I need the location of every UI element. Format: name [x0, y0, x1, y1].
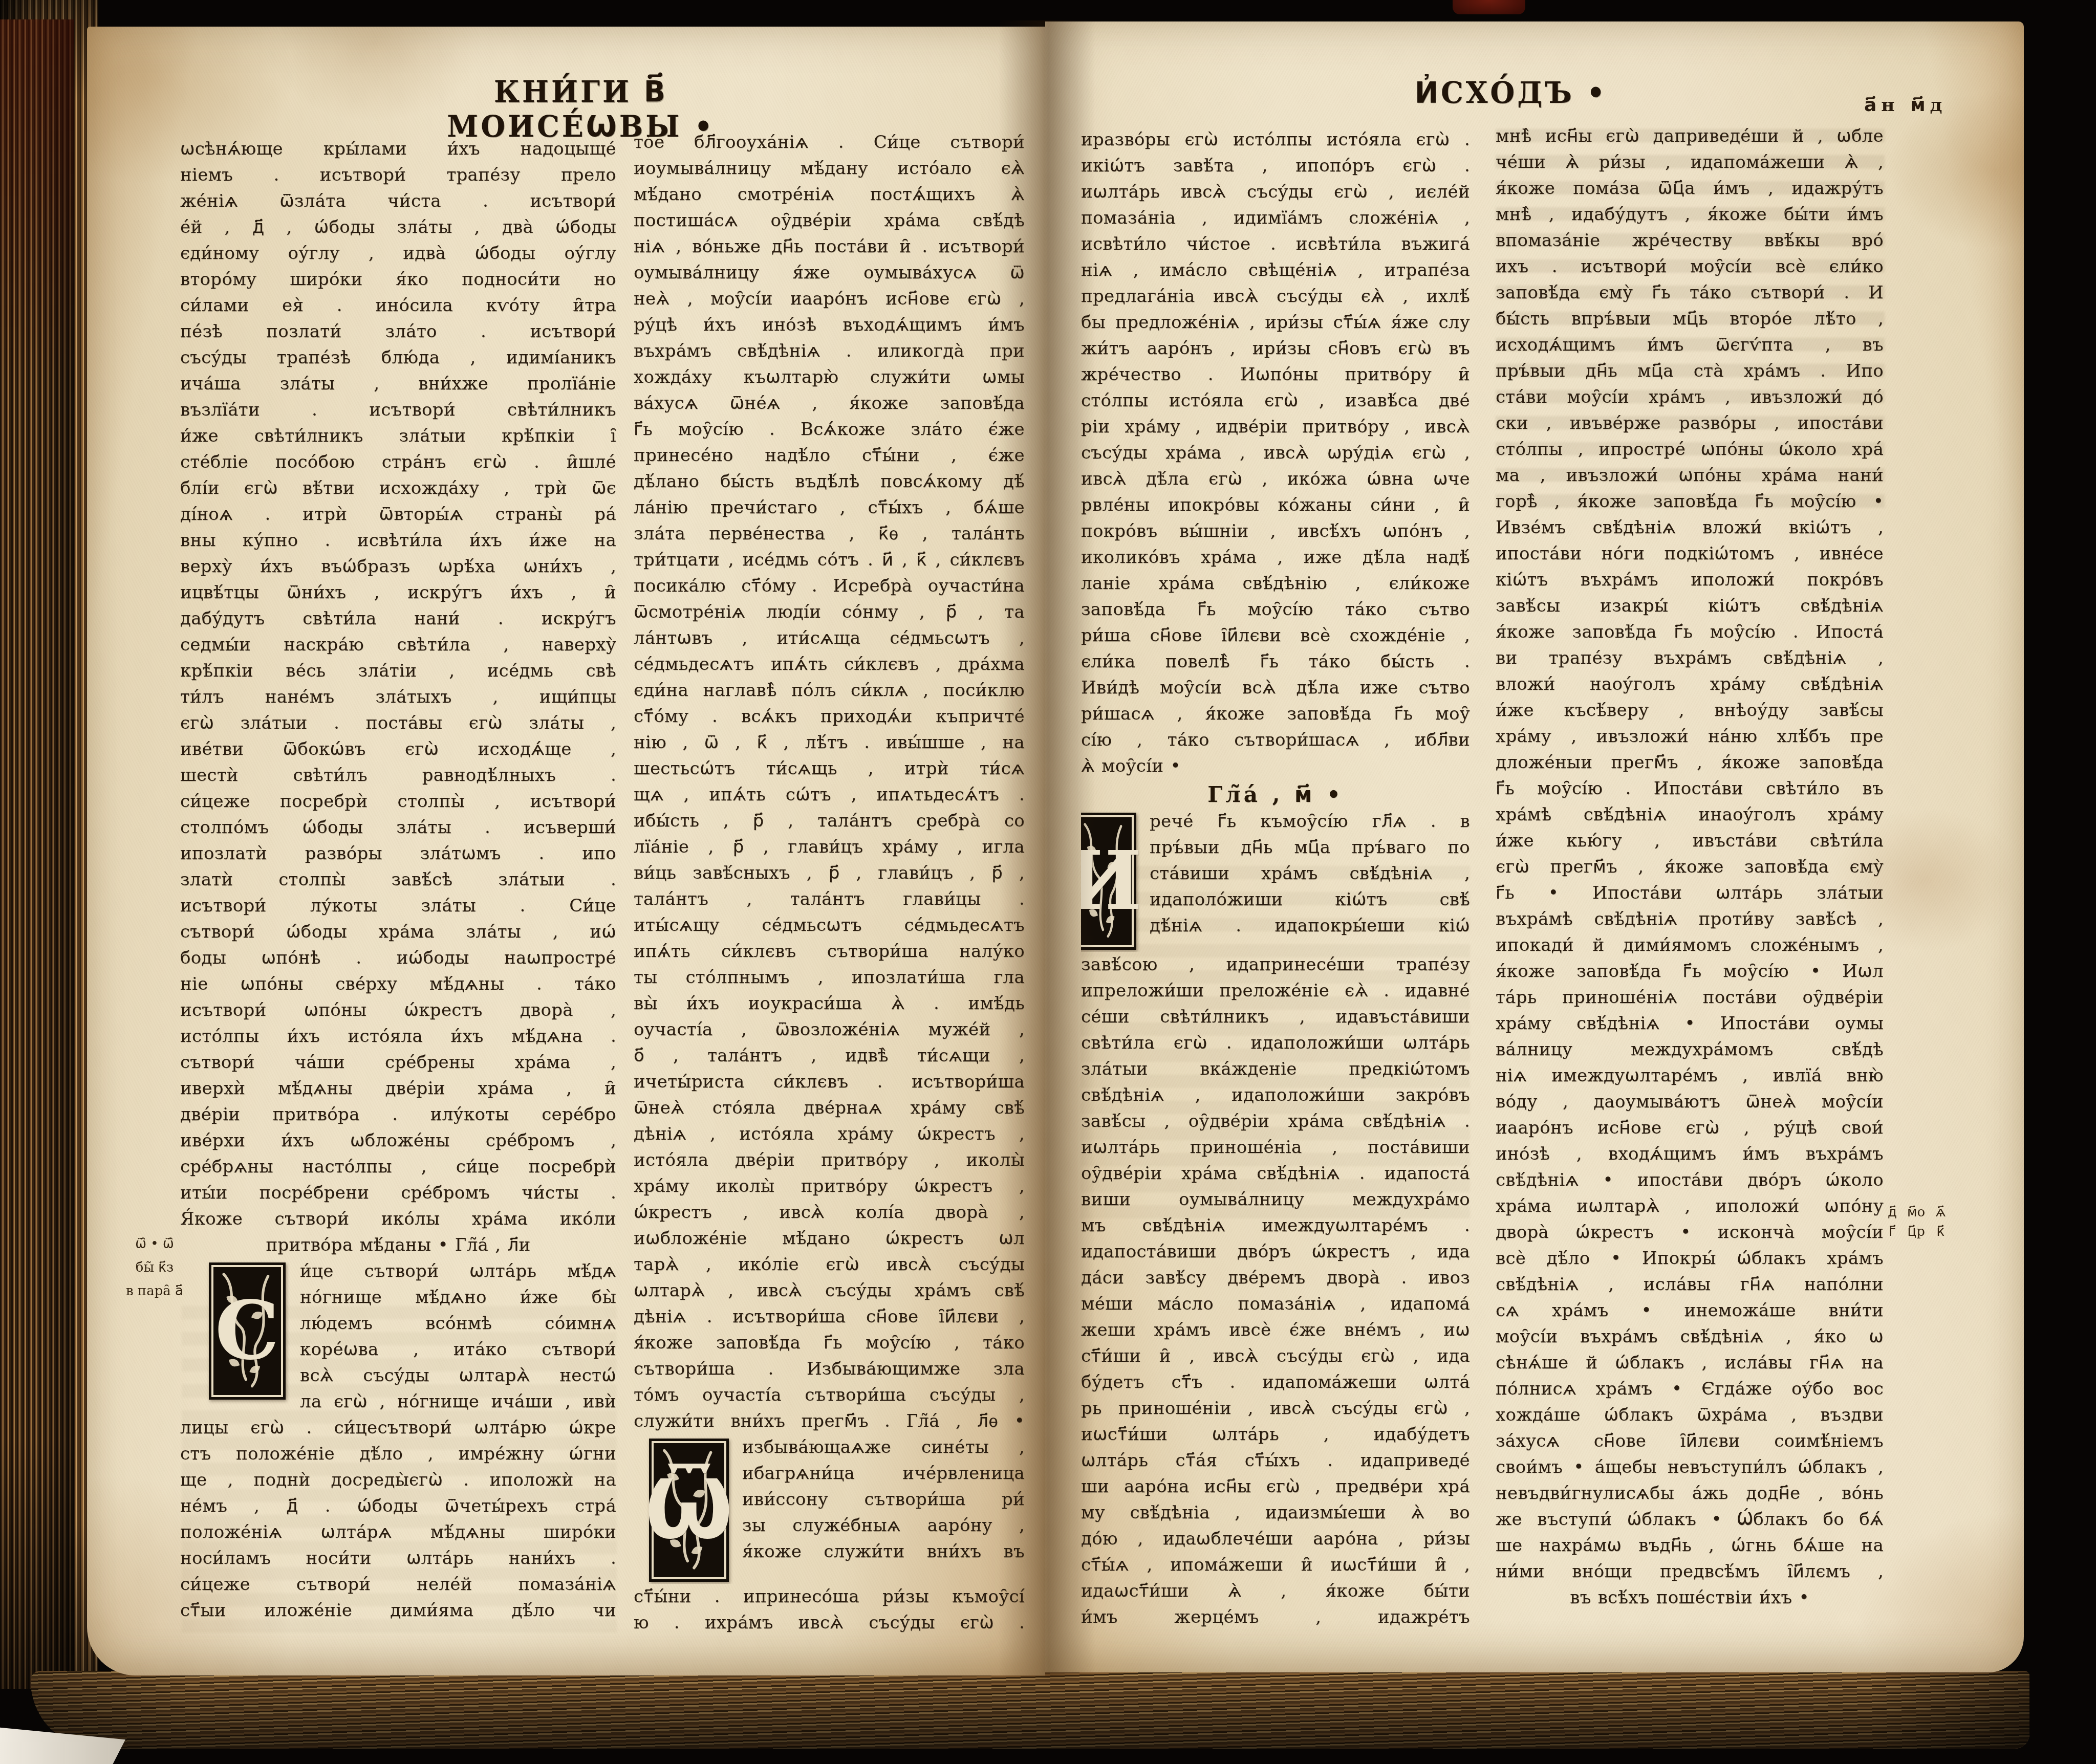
- binding-headband: [1453, 0, 1525, 14]
- text-line: хожда́ху къѡлтарю̀ служи́ти ѡмы: [634, 364, 1025, 390]
- text-line: то́мъ оучасті́а сътвори́ша съсу́ды ,: [634, 1382, 1025, 1408]
- text-line: ичеты́риста си́клєвъ . исътвори́ша: [634, 1069, 1025, 1095]
- text-line: не́мъ , д҃ . ѡ́боды ѿчеты́рехъ стра́: [180, 1493, 616, 1519]
- text-line: служи́ти вни́хъ прегм҃ъ . Гл̃а́ , л҃ѳ •: [634, 1408, 1025, 1434]
- margin-note-glyph: ѧ҃: [1935, 1203, 1946, 1222]
- text-line: ру́цѣ и́хъ ино́зѣ въходѧ́щимъ и́мъ: [634, 312, 1025, 338]
- text-line: єли́ка повелѣ̀ г҃ь та́ко бы́сть .: [1081, 649, 1470, 675]
- ornate-initial-ot: Ѿ: [649, 1439, 729, 1582]
- text-line: ихъ . исътвори́ моу̑сі́и всѐ єли́ко: [1496, 254, 1884, 280]
- text-line: ст҃и́ши и̑ , ивсѧ̀ съсу́ды єгѡ̀ , ида: [1081, 1343, 1470, 1369]
- text-line: тала́нтъ , тала́нтъ глави́цы .: [634, 886, 1025, 912]
- text-line: сто́лпы исто́яла єгѡ̀ , изавѣ́са две́: [1081, 388, 1470, 414]
- text-line: икіѡ́тъ завѣ́та , ипопо́ръ єгѡ̀ .: [1081, 153, 1470, 179]
- text-line: столпо́мъ ѡ́боды зла́ты . исъверши́: [180, 815, 616, 841]
- text-column-3: иразво́ры єгѡ̀ исто́лпы исто́яла єгѡ̀ .и…: [1081, 127, 1470, 1630]
- text-column-2: то́е бл҃гооуха́ніѧ . Си́це сътвори́иоумы…: [634, 129, 1025, 1636]
- text-line: предлага́ніа ивсѧ̀ съсу́ды єѧ̀ , ихлѣ́: [1081, 284, 1470, 310]
- text-line: г҃ь моу̑сі́ю . Ипоста́ви свѣти́ло въ: [1496, 776, 1884, 802]
- text-line: ст҃ы́ни . ипринесо́ша ри́зы къмоу̑сі́: [634, 1584, 1025, 1610]
- margin-note-line: бы̃ к҃з: [120, 1256, 189, 1279]
- text-line: бы предложе́ніѧ , ири́зы ст҃ы́ѧ я́же слу: [1081, 310, 1470, 336]
- text-line: ла́нію пречи́стаго , ст҃ы́хъ , бѧ́ше: [634, 495, 1025, 521]
- text-line: сътвори́ша . Избыва́ющимже зла: [634, 1356, 1025, 1382]
- text-line: я́коже заповѣ́да г҃ь моу̑сі́ю , та́ко: [634, 1330, 1025, 1356]
- text-line: иве́рхи и́хъ ѡбложе́ны сре́бромъ ,: [180, 1128, 616, 1154]
- text-line: ски , ивъве́рже разво́ры , ипоста́ви: [1496, 410, 1884, 437]
- text-line: оучасті́а , ѿвозложе́ніѧ муже́й ,: [634, 1017, 1025, 1043]
- text-line: хра́ма иѡлтарѧ̀ , иположи́ ѡпо́ну: [1496, 1193, 1884, 1219]
- text-line: ніе ѡпо́ны све́рху мѣ́дѧны . та́ко: [180, 971, 616, 997]
- text-line: ивсѧ̀ дѣ́ла єгѡ̀ , ико́жа ѡ́вна ѡче: [1081, 466, 1470, 492]
- text-line: ни́ми вно́щи предвсѣ́мъ і̑и҃лємъ ,: [1496, 1559, 1884, 1585]
- text-line: крѣ́пкіи ве́сь зла́тіи , исе́дмь свѣ: [180, 658, 616, 684]
- text-line: пе́зѣ позлати́ зла́то . исътвори́: [180, 319, 616, 345]
- text-line: иѡлта́рь ивсѧ̀ съсу́ды єгѡ̀ , иєле́й: [1081, 179, 1470, 205]
- text-line: въхра́мъ свѣ́дѣніѧ . иликогда̀ при: [634, 338, 1025, 364]
- text-line: ю . ихра́мъ ивсѧ̀ съсу́ды єгѡ̀ .: [634, 1610, 1025, 1636]
- text-line: ла́нтѡвъ , ити́сѧща се́дмьсѡтъ ,: [634, 625, 1025, 651]
- text-line: иразво́ры єгѡ̀ исто́лпы исто́яла єгѡ̀ .: [1081, 127, 1470, 153]
- margin-note-pair: м҃оц҃р: [1907, 1203, 1925, 1242]
- text-line: жре́чество . Иѡпо́ны притво́ру и̑: [1081, 362, 1470, 388]
- text-line: блі́и єгѡ̀ вѣ́тви исхожда́ху , трѝ ѿє: [180, 475, 616, 502]
- text-line: боды ѡпо́нѣ . иѡ́боды наѡпростре́: [180, 945, 616, 971]
- text-line: две́ріи притво́ра . илу́коты сере́бро: [180, 1102, 616, 1128]
- text-line: горѣ̀ , я́коже заповѣ́да г҃ь моу̑сі́ю •: [1496, 489, 1884, 515]
- text-line: да́си завѣ́су две́ремъ двора̀ . ивоз: [1081, 1265, 1470, 1291]
- text-line: заповѣ́да г҃ь моу̑сі́ю та́ко сътво: [1081, 597, 1470, 623]
- text-line: зла́тыи вка́жденіе предкіѡ́томъ: [1081, 1056, 1470, 1082]
- text-line: ѡ́крестъ , ивсѧ̀ колі́а двора̀ ,: [634, 1200, 1025, 1226]
- text-line: вы̀ и́хъ иоукраси́ша ѧ̀ . имѣ́дь: [634, 991, 1025, 1017]
- text-line: завѣ́сою , идапринесе́ши трапе́зу: [1081, 952, 1470, 978]
- text-line: се́ши свѣти́лникъ , идавъста́виши: [1081, 1004, 1470, 1030]
- text-line: ріи хра́му , идве́ріи притво́ру , ивсѧ̀: [1081, 414, 1470, 440]
- text-line: е́й , д҃ , ѡ́боды зла́ты , два̀ ѡ́боды: [180, 214, 616, 241]
- text-line: свѣ́дѣніѧ • ипоста́ви дво́ръ ѡ́коло: [1496, 1167, 1884, 1193]
- text-line: дѣніѧ . исътвори́ша сн҃ове і̑и҃лєви ,: [634, 1304, 1025, 1330]
- text-line: бы́сть впръ́выи мц҃ь второ́е лѣ́то ,: [1496, 306, 1884, 332]
- text-line: г҃ь • Ипоста́ви ѡлта́рь зла́тыи: [1496, 880, 1884, 906]
- text-line: сре́брѧны насто́лпы , си́це посребрѝ: [180, 1154, 616, 1180]
- page-edges-right: [0, 19, 74, 1689]
- text-line: носи́ламъ носи́ти ѡлта́рь нани́хъ .: [180, 1545, 616, 1572]
- text-line: второ́му широ́ки я́ко подноси́ти но: [180, 267, 616, 293]
- text-line: ицвѣ́тцы ѿни́хъ , искру́гъ и́хъ , и̑: [180, 580, 616, 606]
- text-line: сі́ю , та́ко сътвори́шасѧ , ибл҃ви: [1081, 727, 1470, 753]
- text-line: шестѝ свѣти́лъ равнодѣ́лныхъ .: [180, 763, 616, 789]
- text-line: три́тцати , исе́дмь со́тъ . и҃ , к҃ , си…: [634, 547, 1025, 573]
- text-line: мнѣ̀ , идабу́дутъ , я́коже бы́ти и́мъ: [1496, 202, 1884, 228]
- text-line: та́рь приноше́ніѧ поста́ви оу̑две́ріи: [1496, 985, 1884, 1011]
- text-line: възлїа́ти . исътвори́ свѣти́лникъ: [180, 397, 616, 423]
- text-line: съсу́ды хра́ма , ивсѧ̀ ѡру́діѧ єгѡ̀ ,: [1081, 440, 1470, 466]
- text-line: ніѧ имеждуѡлтаре́мъ , ивлїа́ вню̀: [1496, 1063, 1884, 1089]
- text-line: я́коже заповѣ́да г҃ь моу̑сі́ю • Иѡл: [1496, 959, 1884, 985]
- text-line: иѡлта́рь приноше́ніа , поста́виши: [1081, 1135, 1470, 1161]
- text-line: ма , ивъзложи́ ѡпо́ны хра́ма нани́: [1496, 463, 1884, 489]
- text-line: му свѣ́дѣніа , идаизмы́еши ѧ̀ во: [1081, 1500, 1470, 1526]
- text-line: ипреложи́ши преложе́ніе єѧ̀ . идавне́: [1081, 978, 1470, 1004]
- text-line: оумыва́лницу я́же оумыва́хусѧ ѿ: [634, 260, 1025, 286]
- text-line: рвле́ны ипокро́вы ко́жаны си́ни , и̑: [1081, 492, 1470, 518]
- text-line: сътвори́ ча́ши сре́брены хра́ма ,: [180, 1050, 616, 1076]
- folio-number: а҃н м҃д: [1864, 94, 1947, 116]
- text-line: и́же късѣ́веру , внѣоу́ду завѣ́сы: [1496, 698, 1884, 724]
- text-line: за́хусѧ сн҃ове і̑и҃лєви соимѣ́ніемъ: [1496, 1428, 1884, 1454]
- text-line: ѿсмотре́ніѧ люді́и со́нму , р҃ , та: [634, 599, 1025, 625]
- text-line: исътвори́ ѡпо́ны ѡ́крестъ двора̀ ,: [180, 997, 616, 1023]
- text-line: иты́и посре́брени сре́бромъ чи́сты .: [180, 1180, 616, 1206]
- text-line: ніѧ , во́ньже дн҃ь поста́ви и̑ . исътвор…: [634, 234, 1025, 260]
- text-line: постиша́сѧ оу̑две́ріи хра́ма свѣ́дѣ: [634, 208, 1025, 234]
- text-line: же въступи́ ѡ́блакъ • Ѡ́блакъ бо бѧ́: [1496, 1507, 1884, 1533]
- gutter-shadow: [998, 20, 1095, 1679]
- text-line: исто́лпы и́хъ исто́яла и́хъ мѣ́дѧна .: [180, 1023, 616, 1050]
- text-line: седмы́и наскра́ю свѣти́ла , наверху̀: [180, 632, 616, 658]
- margin-note-pair: д҃г҃: [1888, 1203, 1897, 1242]
- text-line: си́цеже сътвори́ неле́й помаза́ніѧ: [180, 1572, 616, 1598]
- text-line: ніемъ . исътвори́ трапе́зу прело: [180, 162, 616, 188]
- text-line: притво́ра мѣ́даны • Гл̃а́ , л҃и: [180, 1232, 616, 1258]
- text-line: Иви́дѣ моу̑сі́и всѧ̀ дѣ́ла иже сътво: [1081, 675, 1470, 701]
- text-line: хра́мѣ свѣ́дѣніѧ инаоу́голъ хра́му: [1496, 802, 1884, 828]
- text-line: ти́лъ нане́мъ зла́тыхъ , ищи́пцы: [180, 684, 616, 710]
- text-line: Ивзе́мъ свѣ́дѣніѧ вложи́ вкіѡ́тъ ,: [1496, 515, 1884, 541]
- book-photograph: КНИ́ГИ В҃ МОИСЕ́ѠВЫ • ѡсѣнѧ́юще кры́лами…: [0, 0, 2096, 1764]
- text-line: дложе́ныи прегм҃ъ , я́коже заповѣ́да: [1496, 750, 1884, 776]
- text-line: кіѡ́тъ въхра́мъ иположи́ покро́въ: [1496, 567, 1884, 593]
- running-title-right: И҆СХО́ДЪ •: [1383, 75, 1639, 110]
- text-line: принесе́но надѣ́ло ст҃ы́ни , є́же: [634, 443, 1025, 469]
- text-line: ри́шасѧ , я́коже заповѣ́да г҃ь моу̑: [1081, 701, 1470, 727]
- text-line: ича́ша зла́ты , вни́хже пролїа́ніе: [180, 371, 616, 397]
- text-line: ибы́сть , р҃ , тала́нтъ сребра̀ со: [634, 808, 1025, 834]
- right-page: И҆СХО́ДЪ • а҃н м҃д иразво́ры єгѡ̀ исто́л…: [1045, 21, 2024, 1672]
- text-line: я́коже заповѣ́да г҃ь моу̑сі́ю . Ипоста́: [1496, 619, 1884, 645]
- text-line: иты́сѧщу се́дмьсѡтъ се́дмьдесѧтъ: [634, 912, 1025, 939]
- text-line: сѣнѧ́ше й ѡ́блакъ , исла́вы гн҃ѧ на: [1496, 1350, 1884, 1376]
- text-line: жеши хра́мъ ивсѐ є́же вне́мъ , иѡ: [1081, 1317, 1470, 1343]
- text-line: ще , поднѝ досреды̀єгѡ̀ . иположѝ на: [180, 1467, 616, 1493]
- text-line: о҃ , тала́нтъ , идвѣ̀ ти́сѧщи ,: [634, 1043, 1025, 1069]
- text-line: дѣніѧ , исто́яла хра́му ѡ́крестъ ,: [634, 1121, 1025, 1147]
- margin-note-glyph: г҃: [1888, 1222, 1897, 1242]
- text-line: ѡлта́рь ст҃а́я ст҃ы́хъ . идаприведе́: [1081, 1448, 1470, 1474]
- text-line: покро́въ вы́шніи , ивсѣ́хъ ѡпо́нъ ,: [1081, 518, 1470, 545]
- text-line: верху̀ и́хъ въѡ́бразъ ѡрѣ́ха ѡни́хъ ,: [180, 554, 616, 580]
- text-line: исходѧ́щимъ и́мъ ѿєгѵ́пта , въ: [1496, 332, 1884, 358]
- text-line: вны ку́пно . исвѣти́ла и́хъ и́же на: [180, 528, 616, 554]
- text-line: всѐ дѣ́ло • Ипокры́ ѡ́блакъ хра́мъ: [1496, 1246, 1884, 1272]
- text-line: ланіе хра́ма свѣ́дѣнію , єли́коже: [1081, 571, 1470, 597]
- text-line: ѧ̀ моу̑сі́и •: [1081, 753, 1470, 779]
- chapter-heading: Гл̃а́ , м҃ •: [1081, 779, 1470, 809]
- text-line: заповѣ́да єму̀ г҃ь та́ко сътвори́ . И: [1496, 280, 1884, 306]
- text-line: шестьсѡ́тъ ти́сѧщь , итрѝ ти́сѧ: [634, 756, 1025, 782]
- text-line: въхра́мѣ свѣ́дѣніѧ проти́ву завѣ́сѣ ,: [1496, 906, 1884, 932]
- text-line: сто́лпы , ипростре́ ѡпо́ны ѡ́коло хра́: [1496, 437, 1884, 463]
- text-line: во́ду , даоумыва́ютъ ѿнеѧ̀ моу̑сі́и: [1496, 1089, 1884, 1115]
- text-line: єгѡ̀ прегм҃ъ , я́коже заповѣ́да єму̀: [1496, 854, 1884, 880]
- text-line: свои́мъ • а́щебы невъступи́лъ ѡ́блакъ ,: [1496, 1454, 1884, 1480]
- text-line: дѣ́лано бы́сть въдѣ́лѣ повсѧ́кому дѣ́: [634, 469, 1025, 495]
- text-line: ст҃ыи иложе́ніе дими́яма дѣ́ло чи: [180, 1598, 616, 1624]
- text-line: сътвори́ ѡ́боды хра́ма зла́ты , иѡ́: [180, 919, 616, 945]
- text-line: положе́ніѧ ѡлта́рѧ мѣ́дѧны широ́ки: [180, 1519, 616, 1545]
- text-line: се́дмьдесѧтъ ипѧ́ть си́клєвъ , дра́хма: [634, 651, 1025, 678]
- text-line: ѡлтарѧ̀ , ивсѧ̀ съсу́ды хра́мъ свѣ́: [634, 1278, 1025, 1304]
- initial-paragraph: Си́це сътвори́ ѡлта́рь мѣ́дѧно́гнище мѣ́…: [180, 1258, 616, 1415]
- text-line: че́ши ѧ̀ ри́зы , идапома́жеши ѧ̀ ,: [1496, 149, 1884, 176]
- text-line: мѣ́дано смотре́ніѧ постѧ́щихъ ѧ̀: [634, 182, 1025, 208]
- text-line: вложи́ наоу́голъ хра́му свѣ́дѣніѧ: [1496, 671, 1884, 698]
- text-line: дабу́дутъ свѣти́ла нани́ . искру́гъ: [180, 606, 616, 632]
- text-line: хожда́ше ѡ́блакъ ѿхра́ма , въздви: [1496, 1402, 1884, 1428]
- text-line: ипѧ́ть си́клєвъ сътвори́ша налу́ко: [634, 939, 1025, 965]
- margin-note-pair: ѧ҃к҃: [1935, 1203, 1946, 1242]
- text-column-4: мнѣ̀ исн҃ы єгѡ̀ даприведе́ши й , ѡблече́…: [1496, 123, 1884, 1611]
- text-line: ино́зѣ , входѧ́щимъ и́мъ въхра́мъ: [1496, 1141, 1884, 1167]
- text-line: сѧ хра́мъ • инеможа́ше вни́ти: [1496, 1298, 1884, 1324]
- text-line: лїа́ніе , р҃ , глави́цъ хра́му , игла: [634, 834, 1025, 860]
- text-line: мъ свѣ́дѣніѧ имеждуѡлтаре́мъ .: [1081, 1213, 1470, 1239]
- text-line: иааро́нъ исн҃ове єгѡ̀ , ру́цѣ свои́: [1496, 1115, 1884, 1141]
- margin-note-glyph: к҃: [1935, 1222, 1946, 1242]
- text-line: г҃ь моу̑сі́ю . Всѧ́коже зла́то є́же: [634, 417, 1025, 443]
- text-line: исвѣти́ло чи́стое . исвѣти́ла въжига́: [1081, 231, 1470, 257]
- initial-paragraph: Ѿизбыва́ющаѧже сине́ты ,ибагрѧни́ца иче́…: [634, 1434, 1025, 1584]
- text-line: сте́бліе посо́бою стра́нъ єгѡ̀ . и̑шле́: [180, 449, 616, 475]
- text-line: ри́ша сн҃ове і̑и҃лєви всѐ схожде́ніе ,: [1081, 623, 1470, 649]
- text-line: бу́детъ ст҃ъ . идапома́жеши ѡлта́: [1081, 1369, 1470, 1396]
- text-line: завѣ́сы , оу̑две́ріи хра́ма свѣ́дѣніѧ .: [1081, 1108, 1470, 1135]
- text-line: ме́ши ма́сло помаза́ніѧ , идапома́: [1081, 1291, 1470, 1317]
- text-line: щѧ , ипѧ́ть сѡ́тъ , ипѧтьдесѧ́тъ .: [634, 782, 1025, 808]
- text-line: жи́тъ ааро́нъ , ири́зы сн҃овъ єгѡ̀ въ: [1081, 336, 1470, 362]
- text-line: ва́хусѧ ѿне́ѧ , я́коже заповѣ́да: [634, 390, 1025, 417]
- text-line: Я́коже сътвори́ ико́лы хра́ма ико́ли: [180, 1206, 616, 1232]
- text-line: иколико́въ хра́ма , иже дѣ́ла надѣ́: [1081, 545, 1470, 571]
- initial-letter: Ѿ: [645, 1470, 733, 1551]
- text-line: иѡбложе́ніе мѣ́дано ѡ́крестъ ѡл: [634, 1226, 1025, 1252]
- page-edges-bottom: [31, 1671, 2029, 1749]
- text-line: иѡст҃и́ши ѡлта́рь , идабу́детъ: [1081, 1422, 1470, 1448]
- text-line: єди́на наглавѣ̀ по́лъ си́клѧ , поси́клю: [634, 678, 1025, 704]
- text-line: ст҃о́му . всѧ́къ приходѧ́и къпричте́: [634, 704, 1025, 730]
- text-line: свѣ́дѣніѧ , исла́вы гн҃ѧ напо́лни: [1496, 1272, 1884, 1298]
- ornate-initial-slovo: С: [209, 1262, 286, 1400]
- text-line: впомаза́ніе жре́честву ввѣ́кы вро́: [1496, 228, 1884, 254]
- text-line: ше нахра́мѡ въдн҃ь , ѡ́гнь бѧ́ше на: [1496, 1533, 1884, 1559]
- text-line: завѣ́сы изакры́ кіѡ́тъ свѣ́дѣніѧ: [1496, 593, 1884, 619]
- text-line: и́мъ жерце́мъ , идажре́тъ: [1081, 1604, 1470, 1630]
- text-line: ст҃ы́ѧ , ипома́жеши и̑ иѡст҃и́ши и̑ ,: [1081, 1552, 1470, 1578]
- text-line: ты сто́лпнымъ , ипозлати́ша гла: [634, 965, 1025, 991]
- text-line: ипозлатѝ разво́ры зла́тѡмъ . ипо: [180, 841, 616, 867]
- text-line: мнѣ̀ исн҃ы єгѡ̀ даприведе́ши й , ѡбле: [1496, 123, 1884, 149]
- initial-paragraph: Ирече́ г҃ь къмоу̑сі́ю гл҃ѧ . впръ́выи дн…: [1081, 809, 1470, 952]
- margin-note-line: ѿ̑ • ѿ̑: [120, 1232, 189, 1256]
- text-line: ипокади́ й дими́ямомъ сложе́нымъ ,: [1496, 932, 1884, 959]
- margin-note-glyph: д҃: [1888, 1203, 1897, 1222]
- text-line: посика́лю ст҃о́му . Исребра̀ оучасти́на: [634, 573, 1025, 599]
- text-line: и́же свѣти́лникъ зла́тыи крѣ́пкіи і̑: [180, 423, 616, 449]
- text-line: нію , ѿ , к҃ , лѣ́тъ . ивы́шше , на: [634, 730, 1025, 756]
- text-line: хра́му , ивъзложи́ на́ню хлѣ́бъ пре: [1496, 724, 1884, 750]
- text-line: ді́ноѧ . итрѝ ѿвторы́ѧ страны̀ ра́: [180, 502, 616, 528]
- text-line: си́лами ея̀ . ино́сила кѵо́ту и̑тра: [180, 293, 616, 319]
- text-line: рь приноше́ніи , ивсѧ̀ съсу́ды єгѡ̀ ,: [1081, 1396, 1470, 1422]
- text-line: хра́му свѣ́дѣніѧ • Ипоста́ви оумы: [1496, 1011, 1884, 1037]
- marginal-note-right: д҃г҃м҃оц҃рѧ҃к҃: [1888, 1203, 1946, 1242]
- text-line: невъдви́гнулисѧбы а́жь додн҃е , во́нь: [1496, 1480, 1884, 1507]
- text-line: оу̑две́ріи хра́ма свѣ́дѣніѧ . идапоста́: [1081, 1161, 1470, 1187]
- text-line: єгѡ̀ зла́тыи . поста́вы єгѡ̀ зла́ты ,: [180, 710, 616, 736]
- margin-note-glyph: ц҃р: [1907, 1222, 1925, 1242]
- text-line: по́лнисѧ хра́мъ • Єгда́же оу́бо вос: [1496, 1376, 1884, 1402]
- text-line: я́коже пома́за ѿц҃а и́мъ , идажру́тъ: [1496, 176, 1884, 202]
- text-line: иоумыва́лницу мѣ́дану исто́ало єѧ̀: [634, 156, 1025, 182]
- margin-note-glyph: м҃о: [1907, 1203, 1925, 1222]
- text-line: ви́ць завѣ́сныхъ , р҃ , глави́цъ , р҃ ,: [634, 860, 1025, 886]
- text-line: свѣ́дѣніѧ , идаположи́ши закро́въ: [1081, 1082, 1470, 1108]
- text-line: съсу́ды трапе́зѣ блю́да , идимі́аникъ: [180, 345, 616, 371]
- text-line: моу̑сі́и въхра́мъ свѣ́дѣніѧ , я́ко ѡ: [1496, 1324, 1884, 1350]
- initial-letter: С: [215, 1291, 279, 1371]
- text-line: то́е бл҃гооуха́ніѧ . Си́це сътвори́: [634, 129, 1025, 156]
- text-line: исто́яла две́ріи притво́ру , иколы̀: [634, 1147, 1025, 1173]
- margin-note-line: в пара̑ а҃: [120, 1279, 189, 1303]
- text-line: си́цеже посребрѝ столпы̀ , исътвори́: [180, 789, 616, 815]
- text-line: и́же кью́гу , ивъста́ви свѣти́ла: [1496, 828, 1884, 854]
- text-line: єди́ному оу́глу , идва̀ ѡ́боды оу́глу: [180, 241, 616, 267]
- text-line: пръ́выи дн҃ь мц҃а ста̀ хра́мъ . Ипо: [1496, 358, 1884, 384]
- text-line: ва́лницу междухра́момъ свѣ́дѣ: [1496, 1037, 1884, 1063]
- text-line: тарѧ̀ , ико́ліе єгѡ̀ ивсѧ̀ съсу́ды: [634, 1252, 1025, 1278]
- text-line: иверхѝ мѣ́дѧны две́ріи хра́ма , и̑: [180, 1076, 616, 1102]
- text-line: ви трапе́зу въхра́мъ свѣ́дѣніѧ ,: [1496, 645, 1884, 671]
- text-line: рече́ г҃ь къмоу̑сі́ю гл҃ѧ . в: [1081, 809, 1470, 835]
- marginal-note-left: ѿ̑ • ѿ̑бы̃ к҃зв пара̑ а҃: [120, 1232, 189, 1303]
- text-line: идапоста́виши дво́ръ ѡ́крестъ , ида: [1081, 1239, 1470, 1265]
- text-line: ѿнеѧ̀ сто́яла две́рнаѧ хра́му свѣ́: [634, 1095, 1025, 1121]
- text-line: ши ааро́на исн҃ы єгѡ̀ , предве́ри хра́: [1081, 1474, 1470, 1500]
- text-line: въ всѣ́хъ поше́ствіи и́хъ •: [1496, 1585, 1884, 1611]
- text-line: помаза́ніа , идимїа́мъ сложе́ніѧ ,: [1081, 205, 1470, 231]
- text-line: ѡсѣнѧ́юще кры́лами и́хъ надоцыще́: [180, 136, 616, 162]
- text-line: до́ю , идаѡблече́ши ааро́на , ри́зы: [1081, 1526, 1470, 1552]
- text-line: виши оумыва́лницу междухра́мо: [1081, 1187, 1470, 1213]
- text-line: свѣти́ла єгѡ̀ . идаположи́ши ѡлта́рь: [1081, 1030, 1470, 1056]
- text-line: лицы єгѡ̀ . си́цесътвори́ ѡлта́рю ѡ́кре: [180, 1415, 616, 1441]
- text-line: зла́та перве́нества , к҃ѳ , тала́нть: [634, 521, 1025, 547]
- text-line: хра́му иколы̀ притво́ру ѡ́крестъ ,: [634, 1173, 1025, 1200]
- text-line: двора̀ ѡ́крестъ • исконча̀ моу̑сі́и: [1496, 1219, 1884, 1246]
- left-page: КНИ́ГИ В҃ МОИСЕ́ѠВЫ • ѡсѣнѧ́юще кры́лами…: [87, 27, 1045, 1675]
- text-line: иве́тви ѿбокѡ́въ єгѡ̀ исходѧ́ще ,: [180, 736, 616, 763]
- text-line: ста́ви моу̑сі́и хра́мъ , ивъзложи́ до́: [1496, 384, 1884, 410]
- text-column-1: ѡсѣнѧ́юще кры́лами и́хъ надоцыще́ніемъ .…: [180, 136, 616, 1624]
- text-line: идаѡст҃и́ши ѧ̀ , я́коже бы́ти: [1081, 1578, 1470, 1604]
- text-line: исътвори́ лу́коты зла́ты . Си́це: [180, 893, 616, 919]
- text-line: же́ніѧ ѿзла́та чи́ста . исътвори́: [180, 188, 616, 214]
- text-line: ніѧ , има́сло свѣще́ніѧ , итрапе́за: [1081, 257, 1470, 284]
- text-line: ипоста́ви но́ги подкіѡ́томъ , ивне́се: [1496, 541, 1884, 567]
- text-line: неѧ̀ , моу̑сі́и иааро́нъ исн҃ове єгѡ̀ ,: [634, 286, 1025, 312]
- text-line: златѝ столпы̀ завѣ́сѣ зла́тыи .: [180, 867, 616, 893]
- text-line: стъ положе́ніе дѣ́ло , имре́жну ѡ́гни: [180, 1441, 616, 1467]
